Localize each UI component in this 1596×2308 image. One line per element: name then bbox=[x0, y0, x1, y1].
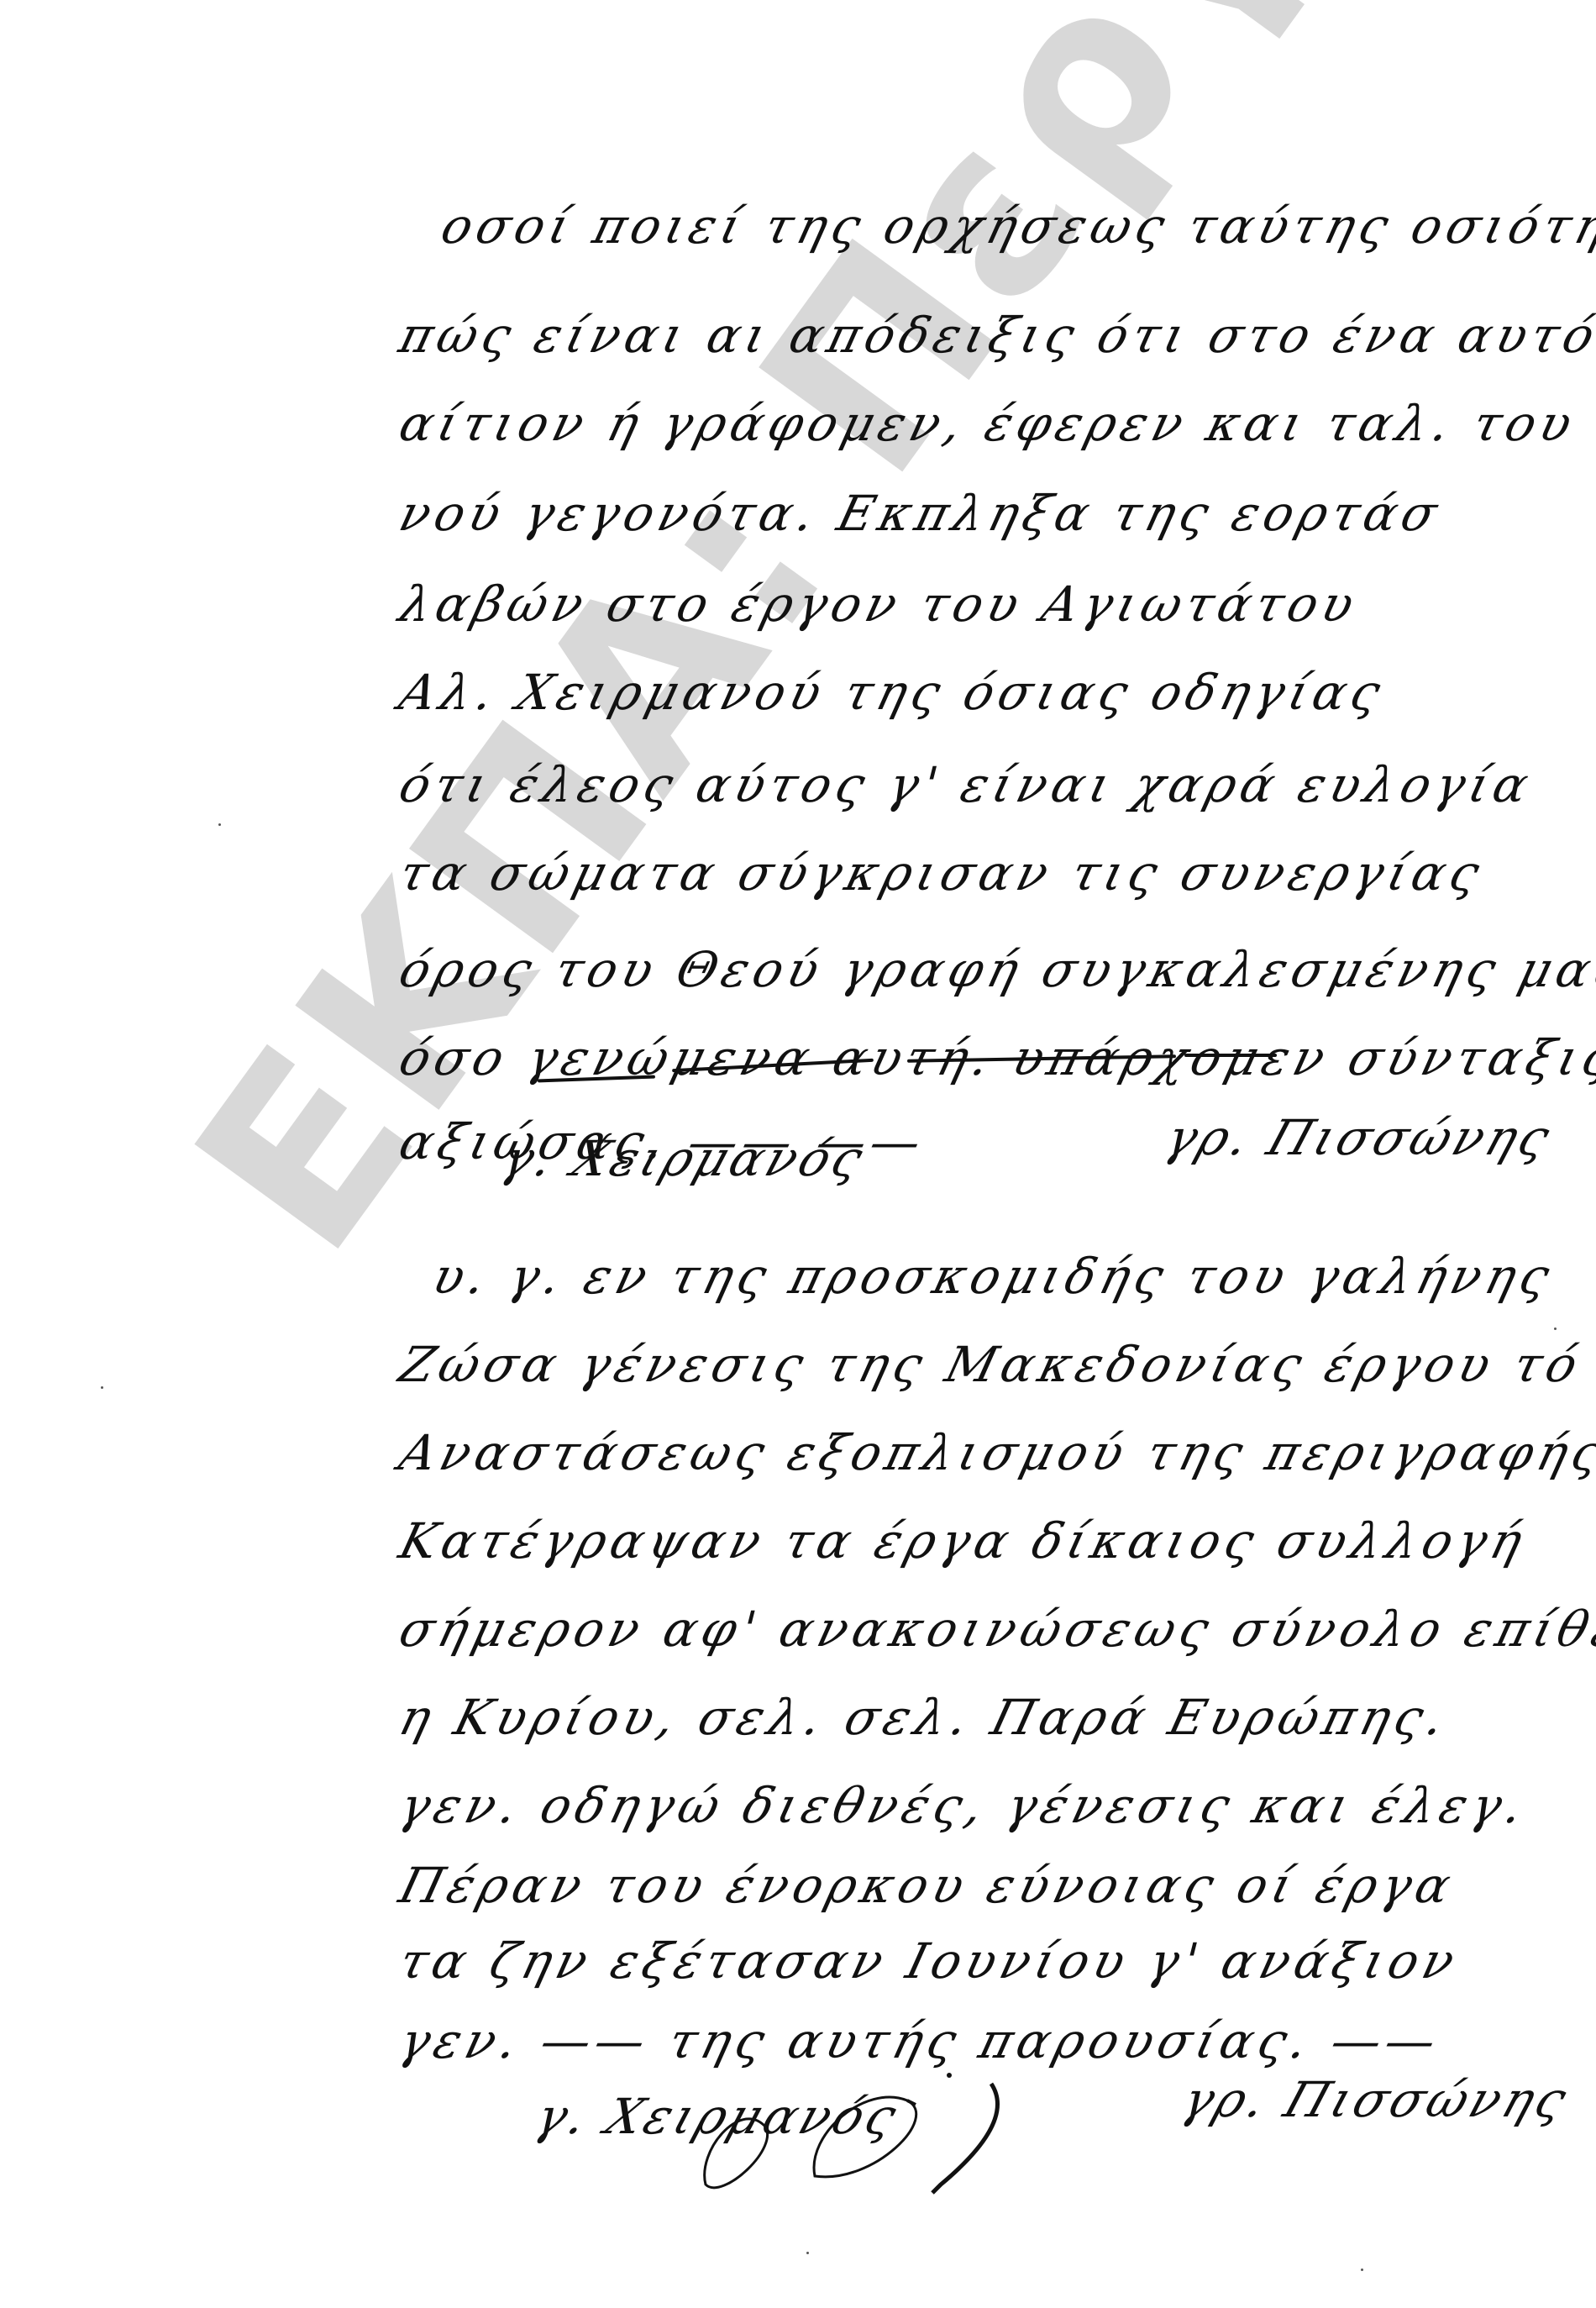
signature-left: γ. Χειρμανός bbox=[495, 1130, 873, 1187]
manuscript-line: τα ζην εξέτασαν Ιουνίου γ' ανάξιον bbox=[395, 1937, 1566, 1985]
manuscript-line: Αλ. Χειρμανού της όσιας οδηγίας bbox=[395, 668, 1566, 717]
manuscript-line: τα σώματα σύγκρισαν τις συνεργίας bbox=[395, 849, 1566, 897]
manuscript-line: Πέραν του ένορκου εύνοιας οί έργα bbox=[395, 1861, 1566, 1910]
manuscript-line: πώς είναι αι απόδειξις ότι στο ένα αυτό bbox=[395, 311, 1566, 360]
dash-rule bbox=[1184, 1054, 1277, 1057]
manuscript-line: νού γεγονότα. Εκπληξα της εορτάσ bbox=[395, 489, 1566, 538]
scan-speck bbox=[806, 2252, 809, 2254]
signature-right: γρ. Πισσώνης bbox=[1175, 2071, 1577, 2128]
manuscript-line: αίτιον ή γράφομεν, έφερεν και ταλ. του bbox=[395, 399, 1566, 448]
scan-speck bbox=[218, 823, 221, 826]
scan-speck bbox=[1361, 2269, 1363, 2271]
manuscript-line: γεν. οδηγώ διεθνές, γένεσις και έλεγ. bbox=[395, 1781, 1566, 1830]
scan-speck bbox=[101, 1386, 103, 1389]
signature-right: γρ. Πισσώνης bbox=[1158, 1109, 1560, 1166]
manuscript-line: οσοί ποιεί της ορχήσεως ταύτης οσιότης bbox=[437, 202, 1596, 250]
manuscript-line: η Κυρίου, σελ. σελ. Παρά Ευρώπης. bbox=[395, 1693, 1566, 1742]
scan-speck bbox=[1554, 1327, 1557, 1330]
manuscript-line: λαβών στο έργον του Αγιωτάτου bbox=[395, 580, 1566, 628]
manuscript-line: Ζώσα γένεσις της Μακεδονίας έργου τό bbox=[395, 1340, 1566, 1389]
manuscript-page: ΕΚΠΑ: Περγάμος οσοί ποιεί της ορχήσεως τ… bbox=[0, 0, 1596, 2308]
signature-flourish-icon bbox=[689, 2067, 1109, 2201]
manuscript-line: Κατέγραψαν τα έργα δίκαιος συλλογή bbox=[395, 1517, 1566, 1565]
manuscript-line: Αναστάσεως εξοπλισμού της περιγραφής bbox=[395, 1428, 1566, 1477]
manuscript-line: υ. γ. εν της προσκομιδής του γαλήνης bbox=[428, 1252, 1596, 1301]
manuscript-line: γεν. —— της αυτής παρουσίας. —— bbox=[395, 2016, 1566, 2065]
manuscript-line: ότι έλεος αύτος γ' είναι χαρά ευλογία bbox=[395, 760, 1566, 809]
manuscript-line: σήμερον αφ' ανακοινώσεως σύνολο επίθετο bbox=[395, 1605, 1566, 1653]
manuscript-line: όρος του Θεού γραφή συγκαλεσμένης μας bbox=[395, 945, 1566, 994]
watermark: ΕΚΠΑ: Περγάμος bbox=[143, 0, 1596, 1301]
